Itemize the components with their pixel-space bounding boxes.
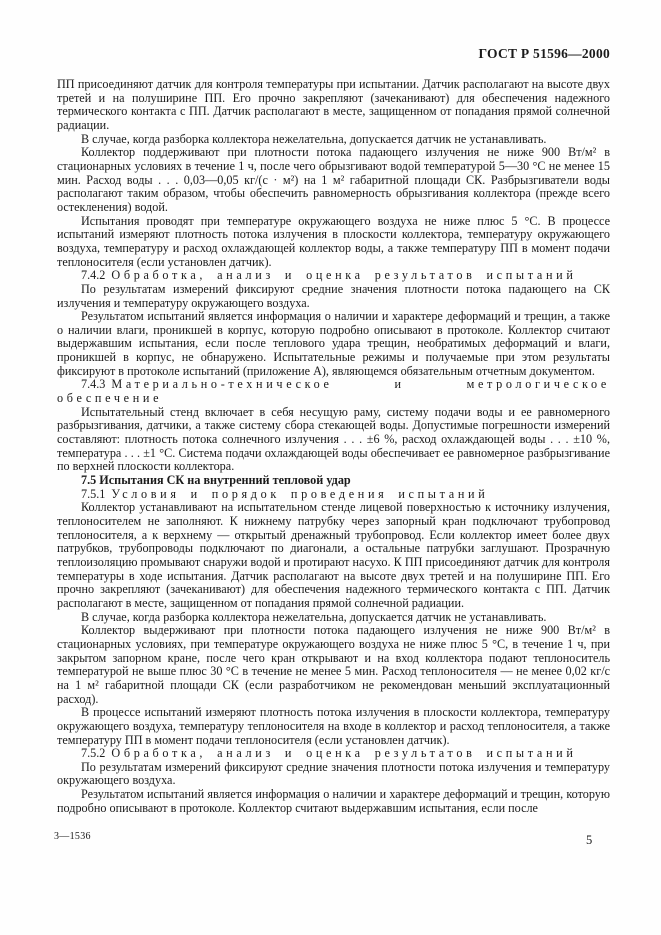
section-title: Обработка, анализ и оценка результатов и… [111, 268, 576, 282]
section-title: Условия и порядок проведения испытаний [111, 487, 488, 501]
section-heading-7-5-2: 7.5.2Обработка, анализ и оценка результа… [57, 747, 610, 761]
paragraph-measured-parameters: В процессе испытаний измеряют плотность … [57, 706, 610, 747]
paragraph-irradiation-spray-conditions: Коллектор поддерживают при плотности пот… [57, 146, 610, 214]
section-number: 7.4.3 [81, 377, 105, 391]
paragraph-sensor-optional: В случае, когда разборка коллектора неже… [57, 133, 610, 147]
paragraph-results-evaluation: Результатом испытаний является информаци… [57, 310, 610, 378]
paragraph-sensor-mounting-continuation: ПП присоединяют датчик для контроля темп… [57, 78, 610, 133]
paragraph-thermal-shock-conditions: Коллектор выдерживают при плотности пото… [57, 624, 610, 706]
paragraph-collector-installation: Коллектор устанавливают на испытательном… [57, 501, 610, 610]
section-heading-7-5: 7.5 Испытания СК на внутренний тепловой … [57, 474, 610, 488]
footer-page-number: 5 [586, 833, 592, 848]
running-header-standard-number: ГОСТ Р 51596—2000 [57, 46, 610, 62]
section-number: 7.5.2 [81, 746, 105, 760]
paragraph-results-evaluation-2: Результатом испытаний является информаци… [57, 788, 610, 815]
paragraph-results-recording: По результатам измерений фиксируют средн… [57, 283, 610, 310]
paragraph-test-measurements: Испытания проводят при температуре окруж… [57, 215, 610, 270]
section-title: Обработка, анализ и оценка результатов и… [111, 746, 576, 760]
section-heading-7-4-2: 7.4.2Обработка, анализ и оценка результа… [57, 269, 610, 283]
paragraph-results-recording-2: По результатам измерений фиксируют средн… [57, 761, 610, 788]
paragraph-sensor-optional-2: В случае, когда разборка коллектора неже… [57, 611, 610, 625]
paragraph-test-stand-description: Испытательный стенд включает в себя несу… [57, 406, 610, 474]
section-number: 7.4.2 [81, 268, 105, 282]
section-number: 7.5.1 [81, 487, 105, 501]
document-page: ГОСТ Р 51596—2000 ПП присоединяют датчик… [0, 0, 661, 935]
section-title: Материально-техническое и метрологическо… [57, 377, 610, 405]
section-heading-7-5-1: 7.5.1Условия и порядок проведения испыта… [57, 488, 610, 502]
document-body: ПП присоединяют датчик для контроля темп… [57, 78, 610, 815]
section-heading-7-4-3: 7.4.3Материально-техническое и метрологи… [57, 378, 610, 405]
footer-print-order-number: 3—1536 [54, 831, 91, 842]
